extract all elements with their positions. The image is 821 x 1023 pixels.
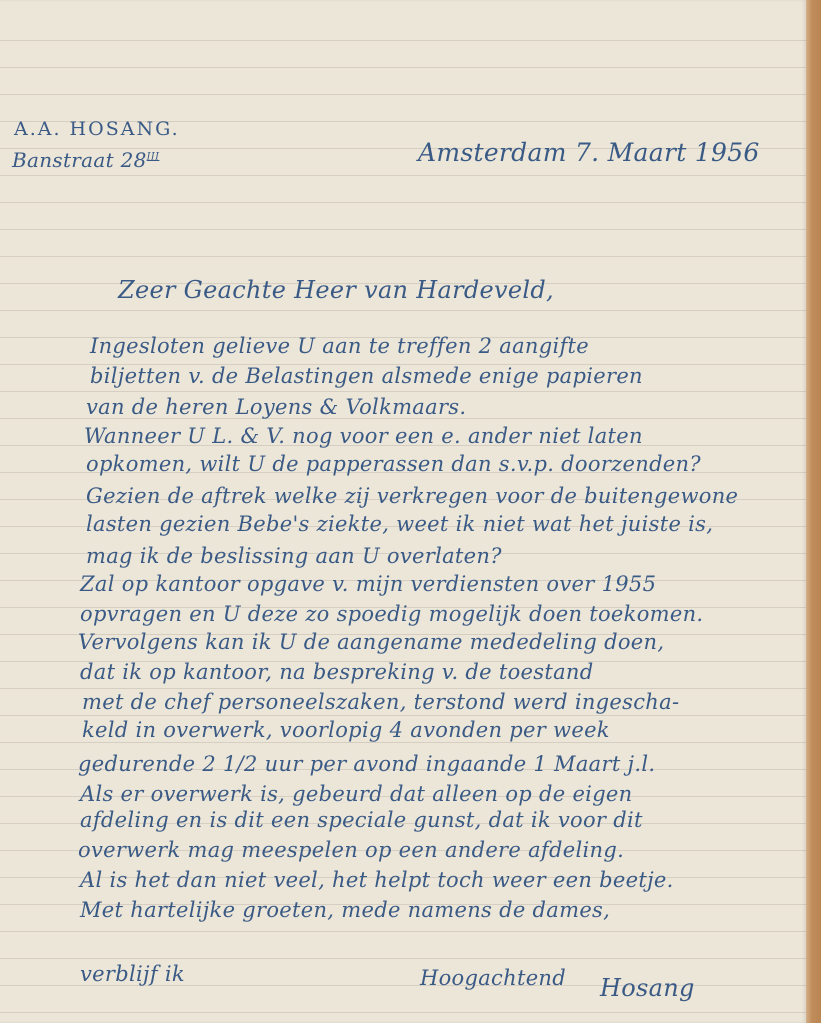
body-line: biljetten v. de Belastingen alsmede enig… <box>90 364 643 388</box>
body-line: Zal op kantoor opgave v. mijn verdienste… <box>80 572 656 596</box>
body-line: opkomen, wilt U de papperassen dan s.v.p… <box>86 452 701 476</box>
body-line: Al is het dan niet veel, het helpt toch … <box>80 868 674 892</box>
body-line: Vervolgens kan ik U de aangename mededel… <box>78 630 664 654</box>
signature: Hosang <box>600 974 695 1002</box>
paper-edge <box>806 0 821 1023</box>
sender-floor: III <box>147 151 160 162</box>
body-line: Ingesloten gelieve U aan te treffen 2 aa… <box>90 334 589 358</box>
body-line: mag ik de beslissing aan U overlaten? <box>86 544 502 568</box>
body-line: gedurende 2 1/2 uur per avond ingaande 1… <box>78 752 655 776</box>
sender-address: Banstraat 28III <box>12 148 159 172</box>
body-line: Gezien de aftrek welke zij verkregen voo… <box>86 484 738 508</box>
body-line: Wanneer U L. & V. nog voor een e. ander … <box>84 424 643 448</box>
body-line: Met hartelijke groeten, mede namens de d… <box>80 898 610 922</box>
body-line: overwerk mag meespelen op een andere afd… <box>78 838 624 862</box>
body-line: keld in overwerk, voorlopig 4 avonden pe… <box>82 718 610 742</box>
body-line: opvragen en U deze zo spoedig mogelijk d… <box>80 602 703 626</box>
place-and-date: Amsterdam 7. Maart 1956 <box>418 138 760 167</box>
body-line: dat ik op kantoor, na bespreking v. de t… <box>80 660 593 684</box>
closing: Hoogachtend <box>420 966 566 990</box>
letter-sheet: A.A. HOSANG. Banstraat 28III Amsterdam 7… <box>0 0 806 1023</box>
body-line: Als er overwerk is, gebeurd dat alleen o… <box>80 782 633 806</box>
body-line: van de heren Loyens & Volkmaars. <box>86 395 466 419</box>
body-line: lasten gezien Bebe's ziekte, weet ik nie… <box>86 512 713 536</box>
body-line: afdeling en is dit een speciale gunst, d… <box>80 808 643 832</box>
sender-street: Banstraat 28 <box>12 148 147 172</box>
salutation: Zeer Geachte Heer van Hardeveld, <box>118 276 554 304</box>
sender-name: A.A. HOSANG. <box>14 118 180 140</box>
body-line: verblijf ik <box>80 962 185 986</box>
body-line: met de chef personeelszaken, terstond we… <box>82 690 679 714</box>
